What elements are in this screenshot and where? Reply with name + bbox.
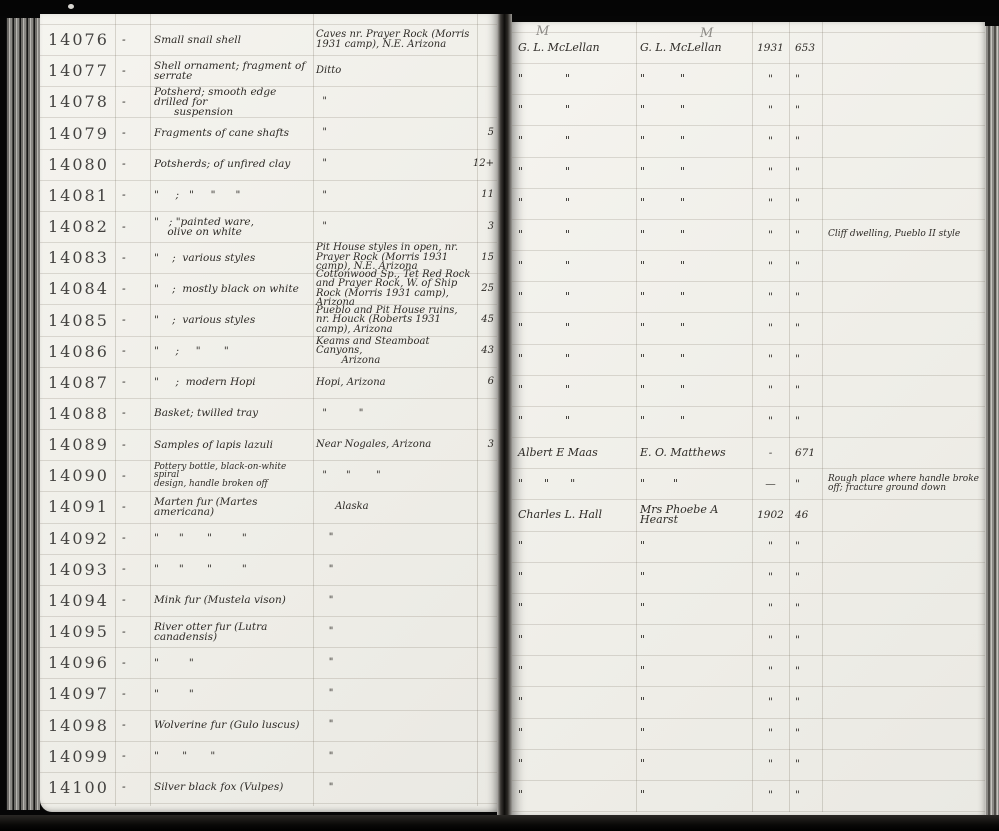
- date-cell: ": [754, 64, 787, 93]
- donor-cell: " ": [640, 345, 750, 374]
- ledger-row-left: 14090-Pottery bottle, black-on-white spi…: [40, 461, 497, 490]
- entry-dash: -: [122, 243, 148, 272]
- ledger-row-right: " "" """: [512, 158, 985, 187]
- catalog-number: 14091: [48, 492, 120, 521]
- ledger-row-left: 14079-Fragments of cane shafts "5: [40, 118, 497, 147]
- ledger-row-right: """": [512, 750, 985, 779]
- locality-cell: ": [316, 617, 472, 646]
- catalog-number: 14086: [48, 337, 120, 366]
- ledger-row-right: " "" """: [512, 126, 985, 155]
- date-cell: ": [754, 158, 787, 187]
- catalog-number: 14079: [48, 118, 120, 147]
- accession-number-cell: ": [795, 687, 822, 716]
- count-cell: 15: [470, 243, 494, 272]
- collector-cell: ": [518, 532, 634, 561]
- date-cell: ": [754, 750, 787, 779]
- ledger-row-right: """": [512, 656, 985, 685]
- donor-cell: " ": [640, 126, 750, 155]
- entry-dash: -: [122, 56, 148, 85]
- catalog-number: 14077: [48, 56, 120, 85]
- description-cell: Fragments of cane shafts: [154, 118, 312, 147]
- ledger-scan: 14076-Small snail shellCaves nr. Prayer …: [0, 0, 999, 831]
- description-cell: " ; mostly black on white: [154, 274, 312, 303]
- collector-cell: " ": [518, 126, 634, 155]
- collector-cell: " ": [518, 407, 634, 436]
- date-cell: ": [754, 189, 787, 218]
- ledger-row-right: " "" """Cliff dwelling, Pueblo II style: [512, 220, 985, 249]
- date-cell: ": [754, 126, 787, 155]
- catalog-number: 14098: [48, 711, 120, 740]
- entry-dash: -: [122, 461, 148, 490]
- collector-cell: " " ": [518, 469, 634, 498]
- description-cell: Samples of lapis lazuli: [154, 430, 312, 459]
- donor-cell: " ": [640, 469, 750, 498]
- accession-number-cell: ": [795, 95, 822, 124]
- description-cell: " ; various styles: [154, 243, 312, 272]
- collector-cell: ": [518, 687, 634, 716]
- locality-cell: Cottonwood Sp., Tet Red Rock and Prayer …: [316, 274, 472, 303]
- catalog-number: 14076: [48, 25, 120, 54]
- locality-cell: Near Nogales, Arizona: [316, 430, 472, 459]
- accession-number-cell: ": [795, 594, 822, 623]
- locality-cell: ": [316, 524, 472, 553]
- right-page: M M G. L. McLellanG. L. McLellan1931653"…: [512, 22, 985, 818]
- donor-cell: ": [640, 532, 750, 561]
- ledger-row-left: 14083-" ; various stylesPit House styles…: [40, 243, 497, 272]
- locality-cell: " " ": [316, 461, 472, 490]
- row-rule-line: [40, 803, 497, 804]
- entry-dash: -: [122, 679, 148, 708]
- collector-cell: " ": [518, 313, 634, 342]
- donor-cell: " ": [640, 95, 750, 124]
- accession-number-cell: ": [795, 251, 822, 280]
- donor-cell: ": [640, 625, 750, 654]
- catalog-number: 14093: [48, 555, 120, 584]
- locality-cell: ": [316, 555, 472, 584]
- accession-number-cell: ": [795, 563, 822, 592]
- description-cell: " ; modern Hopi: [154, 368, 312, 397]
- locality-cell: ": [316, 773, 472, 802]
- ledger-row-left: 14100-Silver black fox (Vulpes) ": [40, 773, 497, 802]
- locality-cell: ": [316, 212, 472, 241]
- donor-cell: G. L. McLellan: [640, 33, 750, 62]
- accession-number-cell: ": [795, 220, 822, 249]
- entry-dash: -: [122, 430, 148, 459]
- scan-speck: [68, 4, 74, 9]
- ledger-row-left: 14089-Samples of lapis lazuliNear Nogale…: [40, 430, 497, 459]
- ledger-row-left: 14084-" ; mostly black on whiteCottonwoo…: [40, 274, 497, 303]
- description-cell: Small snail shell: [154, 25, 312, 54]
- accession-number-cell: ": [795, 407, 822, 436]
- ledger-row-left: 14096-" " ": [40, 648, 497, 677]
- description-cell: Wolverine fur (Gulo luscus): [154, 711, 312, 740]
- locality-cell: ": [316, 118, 472, 147]
- entry-dash: -: [122, 617, 148, 646]
- accession-number-cell: ": [795, 750, 822, 779]
- locality-cell: ": [316, 711, 472, 740]
- count-cell: 25: [470, 274, 494, 303]
- ledger-row-right: " "" """: [512, 95, 985, 124]
- locality-cell: Pueblo and Pit House ruins, nr. Houck (R…: [316, 305, 472, 334]
- accession-number-cell: ": [795, 376, 822, 405]
- ledger-row-right: """": [512, 594, 985, 623]
- count-cell: 43: [470, 337, 494, 366]
- date-cell: 1902: [754, 500, 787, 529]
- entry-dash: -: [122, 711, 148, 740]
- entry-dash: -: [122, 555, 148, 584]
- ledger-row-left: 14085-" ; various stylesPueblo and Pit H…: [40, 305, 497, 334]
- accession-number-cell: ": [795, 625, 822, 654]
- entry-dash: -: [122, 150, 148, 179]
- accession-number-cell: ": [795, 532, 822, 561]
- locality-cell: Caves nr. Prayer Rock (Morris 1931 camp)…: [316, 25, 472, 54]
- ledger-row-right: Albert E MaasE. O. Matthews-671: [512, 438, 985, 467]
- ledger-row-right: """": [512, 625, 985, 654]
- ledger-row-left: 14093-" " " " ": [40, 555, 497, 584]
- date-cell: ": [754, 313, 787, 342]
- ledger-row-right: G. L. McLellanG. L. McLellan1931653: [512, 33, 985, 62]
- accession-number-cell: ": [795, 282, 822, 311]
- collector-cell: " ": [518, 64, 634, 93]
- locality-cell: Keams and Steamboat Canyons, Arizona: [316, 337, 472, 366]
- donor-cell: E. O. Matthews: [640, 438, 750, 467]
- ledger-row-left: 14097-" " ": [40, 679, 497, 708]
- catalog-number: 14081: [48, 181, 120, 210]
- collector-cell: ": [518, 625, 634, 654]
- count-cell: 5: [470, 118, 494, 147]
- accession-number-cell: ": [795, 126, 822, 155]
- accession-number-cell: 653: [795, 33, 822, 62]
- ledger-row-left: 14077-Shell ornament; fragment of serrat…: [40, 56, 497, 85]
- entry-dash: -: [122, 773, 148, 802]
- description-cell: " ; "painted ware, olive on white: [154, 212, 312, 241]
- ledger-row-right: " "" """: [512, 407, 985, 436]
- catalog-number: 14095: [48, 617, 120, 646]
- catalog-number: 14082: [48, 212, 120, 241]
- entry-dash: -: [122, 368, 148, 397]
- date-cell: ": [754, 376, 787, 405]
- donor-cell: " ": [640, 376, 750, 405]
- count-cell: 45: [470, 305, 494, 334]
- ledger-row-left: 14082-" ; "painted ware, olive on white …: [40, 212, 497, 241]
- collector-cell: ": [518, 750, 634, 779]
- entry-dash: -: [122, 305, 148, 334]
- ledger-row-right: " "" """: [512, 189, 985, 218]
- locality-cell: ": [316, 648, 472, 677]
- collector-cell: " ": [518, 376, 634, 405]
- description-cell: " ; " ": [154, 337, 312, 366]
- ledger-row-right: """": [512, 781, 985, 810]
- ledger-row-left: 14087-" ; modern HopiHopi, Arizona6: [40, 368, 497, 397]
- ledger-row-left: 14092-" " " " ": [40, 524, 497, 553]
- entry-dash: -: [122, 742, 148, 771]
- accession-number-cell: 671: [795, 438, 822, 467]
- date-cell: ": [754, 407, 787, 436]
- locality-cell: ": [316, 150, 472, 179]
- entry-dash: -: [122, 648, 148, 677]
- ledger-row-left: 14098-Wolverine fur (Gulo luscus) ": [40, 711, 497, 740]
- description-cell: Silver black fox (Vulpes): [154, 773, 312, 802]
- donor-cell: " ": [640, 189, 750, 218]
- locality-cell: ": [316, 87, 472, 116]
- ledger-row-right: """": [512, 563, 985, 592]
- row-rule-line: [512, 811, 985, 812]
- ledger-row-left: 14076-Small snail shellCaves nr. Prayer …: [40, 25, 497, 54]
- count-cell: 3: [470, 430, 494, 459]
- catalog-number: 14083: [48, 243, 120, 272]
- description-cell: Potsherd; smooth edge drilled for suspen…: [154, 87, 312, 116]
- collector-cell: Albert E Maas: [518, 438, 634, 467]
- count-cell: 6: [470, 368, 494, 397]
- ledger-row-right: Charles L. HallMrs Phoebe A Hearst190246: [512, 500, 985, 529]
- accession-number-cell: ": [795, 469, 822, 498]
- left-page: 14076-Small snail shellCaves nr. Prayer …: [40, 14, 497, 812]
- description-cell: " " ": [154, 742, 312, 771]
- ledger-row-left: 14080-Potsherds; of unfired clay "12+: [40, 150, 497, 179]
- collector-cell: G. L. McLellan: [518, 33, 634, 62]
- donor-cell: " ": [640, 158, 750, 187]
- right-book-edge: [985, 26, 999, 816]
- catalog-number: 14084: [48, 274, 120, 303]
- ledger-row-right: " "" """: [512, 64, 985, 93]
- catalog-number: 14092: [48, 524, 120, 553]
- ledger-row-left: 14094-Mink fur (Mustela vison) ": [40, 586, 497, 615]
- entry-dash: -: [122, 118, 148, 147]
- donor-cell: ": [640, 750, 750, 779]
- accession-number-cell: ": [795, 781, 822, 810]
- donor-cell: " ": [640, 220, 750, 249]
- catalog-number: 14088: [48, 399, 120, 428]
- entry-dash: -: [122, 212, 148, 241]
- ledger-row-left: 14088-Basket; twilled tray " ": [40, 399, 497, 428]
- date-cell: ": [754, 532, 787, 561]
- locality-cell: ": [316, 742, 472, 771]
- accession-number-cell: ": [795, 189, 822, 218]
- donor-cell: ": [640, 687, 750, 716]
- date-cell: ": [754, 345, 787, 374]
- date-cell: ": [754, 95, 787, 124]
- donor-cell: ": [640, 594, 750, 623]
- description-cell: " ; various styles: [154, 305, 312, 334]
- date-cell: ": [754, 781, 787, 810]
- description-cell: " " " ": [154, 524, 312, 553]
- description-cell: Basket; twilled tray: [154, 399, 312, 428]
- accession-number-cell: ": [795, 345, 822, 374]
- collector-cell: " ": [518, 345, 634, 374]
- left-book-edge: [6, 18, 40, 810]
- donor-cell: " ": [640, 313, 750, 342]
- description-cell: Marten fur (Martes americana): [154, 492, 312, 521]
- collector-cell: " ": [518, 158, 634, 187]
- date-cell: ": [754, 656, 787, 685]
- locality-cell: Ditto: [316, 56, 472, 85]
- collector-cell: " ": [518, 95, 634, 124]
- accession-number-cell: ": [795, 313, 822, 342]
- collector-cell: " ": [518, 251, 634, 280]
- catalog-number: 14085: [48, 305, 120, 334]
- collector-cell: Charles L. Hall: [518, 500, 634, 529]
- ledger-row-right: " "" """: [512, 251, 985, 280]
- ledger-row-right: " "" """: [512, 282, 985, 311]
- date-cell: ": [754, 220, 787, 249]
- ledger-row-left: 14078-Potsherd; smooth edge drilled for …: [40, 87, 497, 116]
- date-cell: -: [754, 438, 787, 467]
- ledger-row-left: 14095-River otter fur (Lutra canadensis)…: [40, 617, 497, 646]
- description-cell: Potsherds; of unfired clay: [154, 150, 312, 179]
- entry-dash: -: [122, 274, 148, 303]
- locality-cell: Hopi, Arizona: [316, 368, 472, 397]
- description-cell: " ": [154, 648, 312, 677]
- date-cell: ": [754, 719, 787, 748]
- ledger-row-right: " "" """: [512, 376, 985, 405]
- donor-cell: Mrs Phoebe A Hearst: [640, 500, 750, 529]
- donor-cell: ": [640, 781, 750, 810]
- locality-cell: ": [316, 181, 472, 210]
- accession-number-cell: ": [795, 64, 822, 93]
- entry-dash: -: [122, 181, 148, 210]
- remarks-cell: Cliff dwelling, Pueblo II style: [828, 220, 986, 249]
- donor-cell: " ": [640, 282, 750, 311]
- entry-dash: -: [122, 337, 148, 366]
- ledger-row-right: """": [512, 532, 985, 561]
- collector-cell: ": [518, 563, 634, 592]
- catalog-number: 14099: [48, 742, 120, 771]
- entry-dash: -: [122, 25, 148, 54]
- date-cell: 1931: [754, 33, 787, 62]
- description-cell: Mink fur (Mustela vison): [154, 586, 312, 615]
- page-gutter: [497, 14, 512, 816]
- collector-cell: " ": [518, 282, 634, 311]
- donor-cell: " ": [640, 407, 750, 436]
- donor-cell: ": [640, 563, 750, 592]
- ledger-row-right: """": [512, 719, 985, 748]
- locality-cell: Pit House styles in open, nr. Prayer Roc…: [316, 243, 472, 272]
- donor-cell: " ": [640, 64, 750, 93]
- date-cell: ": [754, 563, 787, 592]
- entry-dash: -: [122, 524, 148, 553]
- locality-cell: Alaska: [316, 492, 472, 521]
- locality-cell: ": [316, 586, 472, 615]
- ledger-row-right: " "" """: [512, 345, 985, 374]
- collector-cell: ": [518, 719, 634, 748]
- ledger-row-right: """": [512, 687, 985, 716]
- catalog-number: 14094: [48, 586, 120, 615]
- catalog-number: 14089: [48, 430, 120, 459]
- description-cell: River otter fur (Lutra canadensis): [154, 617, 312, 646]
- collector-cell: " ": [518, 220, 634, 249]
- entry-dash: -: [122, 586, 148, 615]
- collector-cell: ": [518, 656, 634, 685]
- catalog-number: 14078: [48, 87, 120, 116]
- accession-number-cell: ": [795, 158, 822, 187]
- count-cell: 3: [470, 212, 494, 241]
- catalog-number: 14100: [48, 773, 120, 802]
- count-cell: 12+: [470, 150, 494, 179]
- collector-cell: ": [518, 781, 634, 810]
- ledger-row-left: 14099-" " " ": [40, 742, 497, 771]
- description-cell: Pottery bottle, black-on-white spiral de…: [154, 461, 312, 490]
- ledger-row-left: 14081-" ; " " " "11: [40, 181, 497, 210]
- accession-number-cell: ": [795, 719, 822, 748]
- bottom-black-band: [0, 815, 999, 831]
- entry-dash: -: [122, 492, 148, 521]
- date-cell: ": [754, 282, 787, 311]
- date-cell: ": [754, 687, 787, 716]
- catalog-number: 14087: [48, 368, 120, 397]
- collector-cell: ": [518, 594, 634, 623]
- count-cell: 11: [470, 181, 494, 210]
- entry-dash: -: [122, 399, 148, 428]
- catalog-number: 14096: [48, 648, 120, 677]
- ledger-row-left: 14086-" ; " "Keams and Steamboat Canyons…: [40, 337, 497, 366]
- ledger-row-right: " "" """: [512, 313, 985, 342]
- donor-cell: ": [640, 719, 750, 748]
- description-cell: " " " ": [154, 555, 312, 584]
- ledger-row-right: " " "" "—"Rough place where handle broke…: [512, 469, 985, 498]
- donor-cell: " ": [640, 251, 750, 280]
- locality-cell: " ": [316, 399, 472, 428]
- date-cell: —: [754, 469, 787, 498]
- remarks-cell: Rough place where handle broke off; frac…: [828, 469, 986, 498]
- catalog-number: 14097: [48, 679, 120, 708]
- entry-dash: -: [122, 87, 148, 116]
- description-cell: Shell ornament; fragment of serrate: [154, 56, 312, 85]
- collector-cell: " ": [518, 189, 634, 218]
- accession-number-cell: 46: [795, 500, 822, 529]
- description-cell: " ; " " ": [154, 181, 312, 210]
- locality-cell: ": [316, 679, 472, 708]
- date-cell: ": [754, 251, 787, 280]
- catalog-number: 14080: [48, 150, 120, 179]
- ledger-row-left: 14091-Marten fur (Martes americana) Alas…: [40, 492, 497, 521]
- donor-cell: ": [640, 656, 750, 685]
- description-cell: " ": [154, 679, 312, 708]
- accession-number-cell: ": [795, 656, 822, 685]
- catalog-number: 14090: [48, 461, 120, 490]
- date-cell: ": [754, 594, 787, 623]
- date-cell: ": [754, 625, 787, 654]
